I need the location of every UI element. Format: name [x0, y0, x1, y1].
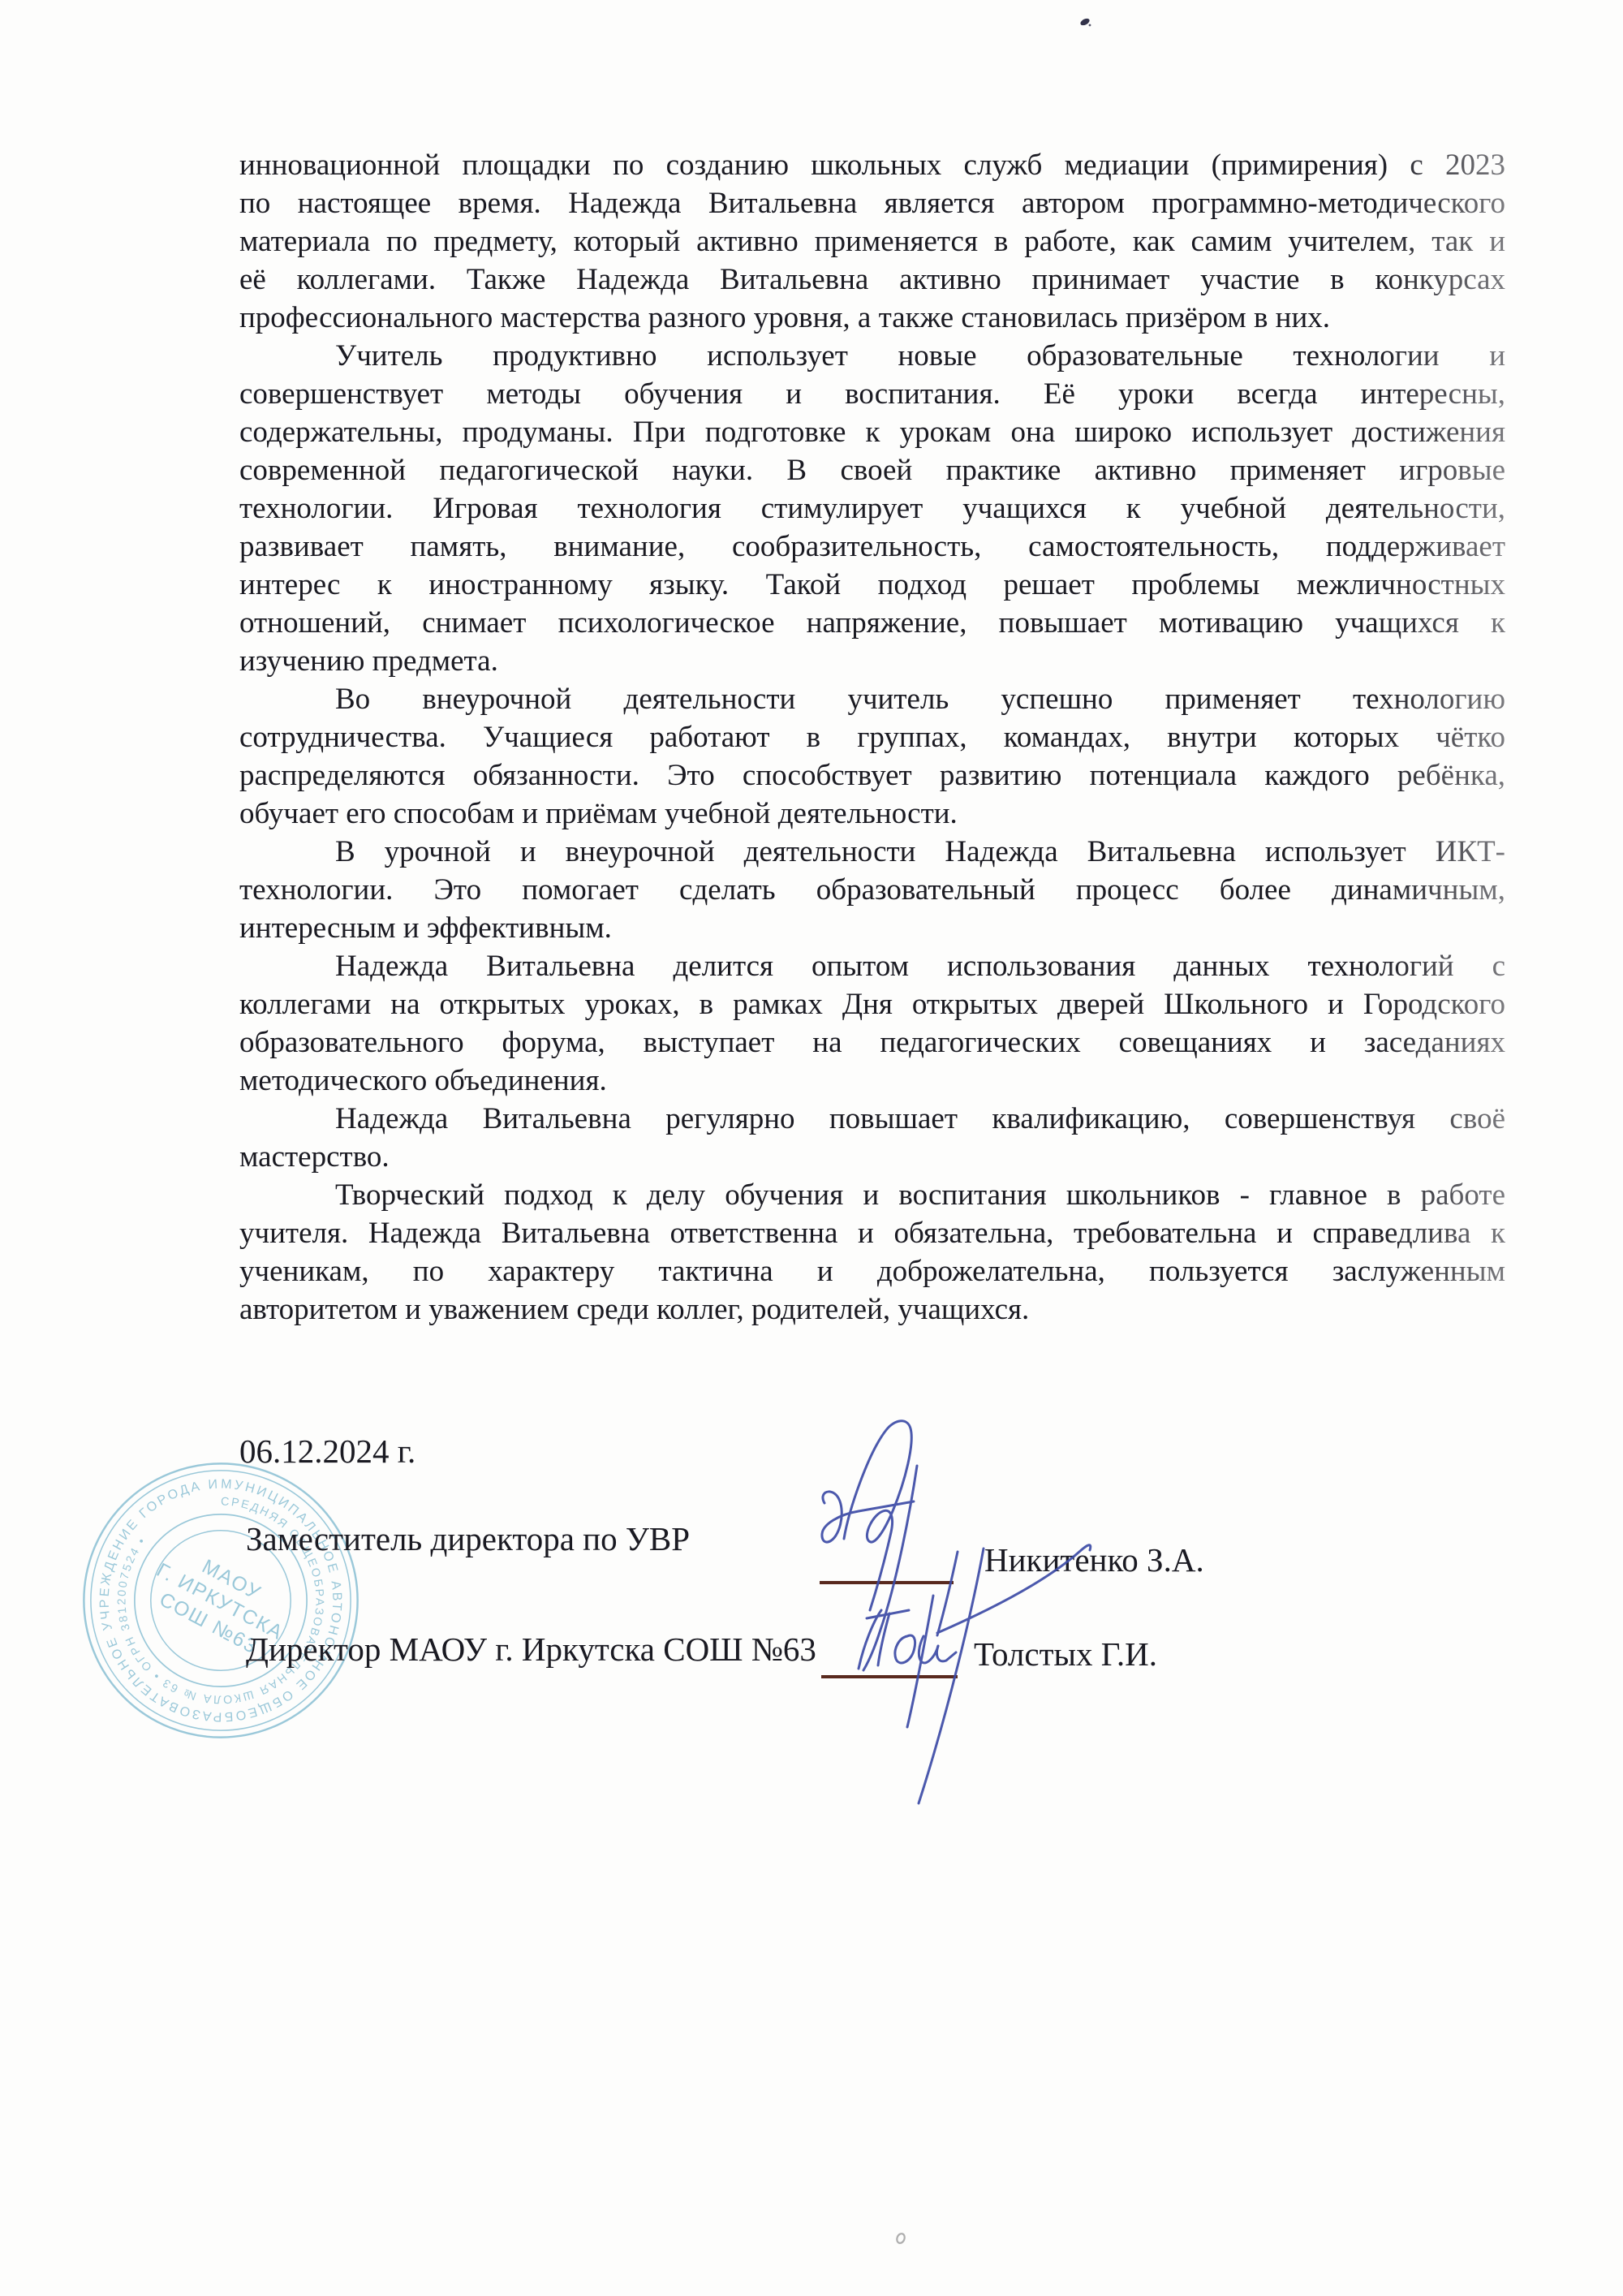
text-line: изучению предмета. — [239, 642, 1505, 680]
text-line: совершенствует методы обучения и воспита… — [239, 375, 1505, 413]
text-line: Во внеурочной деятельности учитель успеш… — [239, 680, 1505, 718]
document-date: 06.12.2024 г. — [239, 1432, 415, 1471]
text-line: Учитель продуктивно использует новые обр… — [239, 337, 1505, 375]
ink-speck-top — [1079, 18, 1092, 28]
scanned-document-page: инновационной площадки по созданию школь… — [0, 0, 1623, 2296]
text-line: отношений, снимает психологическое напря… — [239, 604, 1505, 642]
school-round-stamp: МУНИЦИПАЛЬНОЕ АВТОНОМНОЕ ОБЩЕОБРАЗОВАТЕЛ… — [75, 1454, 367, 1747]
text-line: современной педагогической науки. В свое… — [239, 451, 1505, 489]
text-line: материала по предмету, который активно п… — [239, 222, 1505, 261]
text-line: содержательны, продуманы. При подготовке… — [239, 413, 1505, 451]
signature-tolstykh — [919, 1549, 984, 1803]
text-line: Надежда Витальевна делится опытом исполь… — [239, 947, 1505, 985]
signature-nikitenko — [844, 1421, 911, 1610]
text-line: развивает память, внимание, сообразитель… — [239, 528, 1505, 566]
text-line: Творческий подход к делу обучения и восп… — [239, 1176, 1505, 1214]
text-line: мастерство. — [239, 1138, 1505, 1176]
text-line: её коллегами. Также Надежда Витальевна а… — [239, 261, 1505, 299]
text-line: Надежда Витальевна регулярно повышает кв… — [239, 1100, 1505, 1138]
text-line: инновационной площадки по созданию школь… — [239, 146, 1505, 184]
text-line: распределяются обязанности. Это способст… — [239, 756, 1505, 795]
text-line: ученикам, по характеру тактична и доброж… — [239, 1252, 1505, 1290]
handwritten-signatures — [763, 1396, 1152, 1850]
text-line: интересным и эффективным. — [239, 909, 1505, 947]
text-line: авторитетом и уважением среди коллег, ро… — [239, 1290, 1505, 1329]
text-line: В урочной и внеурочной деятельности Наде… — [239, 833, 1505, 871]
letter-body-text: инновационной площадки по созданию школь… — [239, 146, 1505, 1329]
text-line: по настоящее время. Надежда Витальевна я… — [239, 184, 1505, 222]
text-line: обучает его способам и приёмам учебной д… — [239, 795, 1505, 833]
text-line: методического объединения. — [239, 1062, 1505, 1100]
text-line: образовательного форума, выступает на пе… — [239, 1023, 1505, 1062]
text-line: учителя. Надежда Витальевна ответственна… — [239, 1214, 1505, 1252]
text-line: технологии. Это помогает сделать образов… — [239, 871, 1505, 909]
signatory-title-director: Директор МАОУ г. Иркутска СОШ №63 — [246, 1630, 816, 1669]
text-line: профессионального мастерства разного уро… — [239, 299, 1505, 337]
text-line: интерес к иностранному языку. Такой подх… — [239, 566, 1505, 604]
signatory-title-deputy-director: Заместитель директора по УВР — [246, 1519, 690, 1558]
text-line: сотрудничества. Учащиеся работают в груп… — [239, 718, 1505, 756]
scan-speck-bottom — [895, 2232, 906, 2245]
text-line: технологии. Игровая технология стимулиру… — [239, 489, 1505, 528]
text-line: коллегами на открытых уроках, в рамках Д… — [239, 985, 1505, 1023]
